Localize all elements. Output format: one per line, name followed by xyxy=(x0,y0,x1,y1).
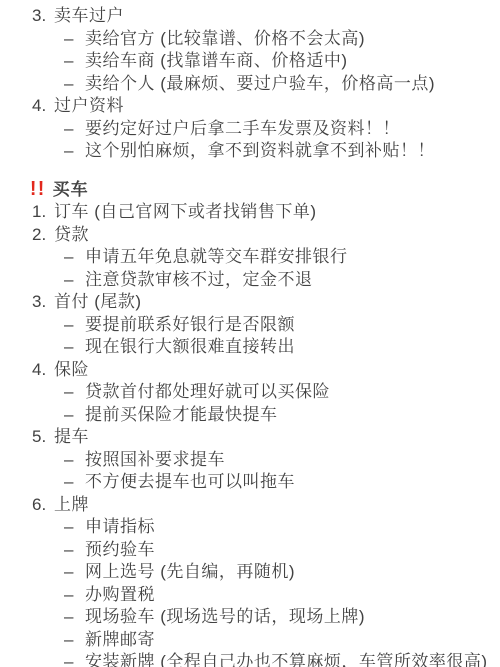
list-item: 5.提车 xyxy=(0,426,500,449)
sub-item-text: 安装新牌 (全程自己办也不算麻烦，车管所效率很高) xyxy=(85,651,488,667)
sub-list-item: –申请指标 xyxy=(0,516,500,539)
sub-list-item: –卖给车商 (找靠谱车商、价格适中) xyxy=(0,50,500,73)
sub-item-text: 新牌邮寄 xyxy=(85,629,155,652)
sub-item-text: 卖给车商 (找靠谱车商、价格适中) xyxy=(85,50,348,73)
buy-car-heading: !!买车 xyxy=(0,179,500,202)
dash-bullet: – xyxy=(64,336,85,359)
sub-list-item: –按照国补要求提车 xyxy=(0,449,500,472)
sub-item-text: 这个别怕麻烦，拿不到资料就拿不到补贴！！ xyxy=(85,140,435,163)
list-item-number: 1. xyxy=(32,201,54,224)
list-item-number: 3. xyxy=(32,5,54,28)
sub-list-item: –预约验车 xyxy=(0,539,500,562)
list-item-number: 2. xyxy=(32,224,54,247)
sub-list-item: –这个别怕麻烦，拿不到资料就拿不到补贴！！ xyxy=(0,140,500,163)
dash-bullet: – xyxy=(64,629,85,652)
sub-list-item: –不方便去提车也可以叫拖车 xyxy=(0,471,500,494)
list-item-number: 5. xyxy=(32,426,54,449)
sub-item-text: 办购置税 xyxy=(85,584,155,607)
dash-bullet: – xyxy=(64,269,85,292)
list-item-title: 过户资料 xyxy=(54,95,124,118)
sub-item-text: 申请指标 xyxy=(85,516,155,539)
sub-list-item: –现场验车 (现场选号的话，现场上牌) xyxy=(0,606,500,629)
list-item-number: 3. xyxy=(32,291,54,314)
list-item: 3.卖车过户 xyxy=(0,5,500,28)
sub-item-text: 贷款首付都处理好就可以买保险 xyxy=(85,381,330,404)
notes-document[interactable]: 3.卖车过户–卖给官方 (比较靠谱、价格不会太高)–卖给车商 (找靠谱车商、价格… xyxy=(0,0,500,667)
heading-label: 买车 xyxy=(53,179,89,202)
dash-bullet: – xyxy=(64,516,85,539)
sub-item-text: 要约定好过户后拿二手车发票及资料！！ xyxy=(85,118,400,141)
sub-item-text: 注意贷款审核不过，定金不退 xyxy=(85,269,313,292)
section-gap xyxy=(0,163,500,179)
dash-bullet: – xyxy=(64,561,85,584)
sub-item-text: 卖给个人 (最麻烦、要过户验车，价格高一点) xyxy=(85,73,435,96)
sub-list-item: –申请五年免息就等交车群安排银行 xyxy=(0,246,500,269)
list-item: 4.过户资料 xyxy=(0,95,500,118)
dash-bullet: – xyxy=(64,449,85,472)
sub-item-text: 按照国补要求提车 xyxy=(85,449,225,472)
list-item-number: 4. xyxy=(32,359,54,382)
list-item-title: 保险 xyxy=(54,359,89,382)
sub-list-item: –卖给个人 (最麻烦、要过户验车，价格高一点) xyxy=(0,73,500,96)
list-item: 1.订车 (自己官网下或者找销售下单) xyxy=(0,201,500,224)
dash-bullet: – xyxy=(64,381,85,404)
sub-list-item: –安装新牌 (全程自己办也不算麻烦，车管所效率很高) xyxy=(0,651,500,667)
list-item-title: 提车 xyxy=(54,426,89,449)
sub-item-text: 现场验车 (现场选号的话，现场上牌) xyxy=(85,606,365,629)
dash-bullet: – xyxy=(64,404,85,427)
double-exclamation-icon: !! xyxy=(30,178,46,202)
sub-list-item: –要提前联系好银行是否限额 xyxy=(0,314,500,337)
sub-item-text: 提前买保险才能最快提车 xyxy=(85,404,278,427)
sub-item-text: 卖给官方 (比较靠谱、价格不会太高) xyxy=(85,28,365,51)
sub-list-item: –提前买保险才能最快提车 xyxy=(0,404,500,427)
list-item: 4.保险 xyxy=(0,359,500,382)
dash-bullet: – xyxy=(64,539,85,562)
list-item-number: 4. xyxy=(32,95,54,118)
dash-bullet: – xyxy=(64,50,85,73)
dash-bullet: – xyxy=(64,471,85,494)
list-item-title: 上牌 xyxy=(54,494,89,517)
sub-list-item: –要约定好过户后拿二手车发票及资料！！ xyxy=(0,118,500,141)
sub-list-item: –办购置税 xyxy=(0,584,500,607)
list-item-title: 贷款 xyxy=(54,224,89,247)
sub-list-item: –卖给官方 (比较靠谱、价格不会太高) xyxy=(0,28,500,51)
sub-item-text: 预约验车 xyxy=(85,539,155,562)
sub-item-text: 现在银行大额很难直接转出 xyxy=(85,336,295,359)
sub-list-item: –网上选号 (先自编，再随机) xyxy=(0,561,500,584)
dash-bullet: – xyxy=(64,606,85,629)
sub-list-item: –新牌邮寄 xyxy=(0,629,500,652)
dash-bullet: – xyxy=(64,140,85,163)
dash-bullet: – xyxy=(64,73,85,96)
list-item-title: 首付 (尾款) xyxy=(54,291,142,314)
sub-item-text: 要提前联系好银行是否限额 xyxy=(85,314,295,337)
dash-bullet: – xyxy=(64,246,85,269)
list-item: 6.上牌 xyxy=(0,494,500,517)
sub-list-item: –注意贷款审核不过，定金不退 xyxy=(0,269,500,292)
list-item: 3.首付 (尾款) xyxy=(0,291,500,314)
sub-list-item: –现在银行大额很难直接转出 xyxy=(0,336,500,359)
dash-bullet: – xyxy=(64,314,85,337)
dash-bullet: – xyxy=(64,28,85,51)
sub-item-text: 申请五年免息就等交车群安排银行 xyxy=(85,246,348,269)
dash-bullet: – xyxy=(64,118,85,141)
sub-item-text: 网上选号 (先自编，再随机) xyxy=(85,561,295,584)
dash-bullet: – xyxy=(64,651,85,667)
list-item-title: 卖车过户 xyxy=(54,5,124,28)
dash-bullet: – xyxy=(64,584,85,607)
sub-item-text: 不方便去提车也可以叫拖车 xyxy=(85,471,295,494)
sub-list-item: –贷款首付都处理好就可以买保险 xyxy=(0,381,500,404)
list-item: 2.贷款 xyxy=(0,224,500,247)
list-item-number: 6. xyxy=(32,494,54,517)
list-item-title: 订车 (自己官网下或者找销售下单) xyxy=(54,201,317,224)
